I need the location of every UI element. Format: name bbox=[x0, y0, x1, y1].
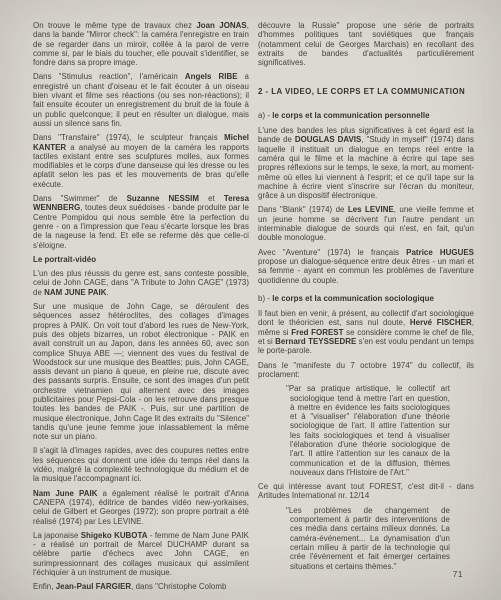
emphasized-text: Angels RIBE bbox=[185, 72, 238, 81]
document-page: On trouve le même type de travaux chez J… bbox=[0, 0, 501, 600]
paragraph-tribute-john-cage: L'un des plus réussis du genre est, sans… bbox=[33, 269, 249, 297]
text-segment: Dans "Transfaire" (1974), le sculpteur f… bbox=[33, 133, 224, 142]
text-segment: On trouve le même type de travaux chez bbox=[33, 21, 196, 30]
text-segment: . bbox=[106, 288, 108, 297]
subheading-b-communication-sociologique: b) - le corps et la communication sociol… bbox=[258, 294, 474, 303]
text-segment: La japonaise bbox=[33, 531, 81, 540]
left-column: On trouve le même type de travaux chez J… bbox=[33, 21, 249, 597]
emphasized-text: Le portrait-vidéo bbox=[33, 255, 96, 264]
emphasized-text: 2 - LA VIDEO, LE CORPS ET LA COMMUNICATI… bbox=[258, 87, 465, 96]
emphasized-text: Bernard TEYSSEDRE bbox=[275, 337, 356, 346]
emphasized-text: Les LEVINE bbox=[348, 205, 394, 214]
paragraph-michel-kanter: Dans "Transfaire" (1974), le sculpteur f… bbox=[33, 133, 249, 189]
text-segment: b) - bbox=[258, 294, 272, 303]
text-segment: découvre la Russie" propose une série de… bbox=[258, 21, 474, 67]
paragraph-paik-autres-portraits: Nam June PAIK a également réalisé le por… bbox=[33, 489, 249, 526]
quote-manifeste: "Par sa pratique artistique, le collecti… bbox=[286, 384, 450, 477]
emphasized-text: DOUGLAS DAVIS bbox=[295, 135, 361, 144]
paragraph-decouvre-la-russie: découvre la Russie" propose une série de… bbox=[258, 21, 474, 67]
text-segment: Dans "Stimulus reaction", l'américain bbox=[33, 72, 185, 81]
text-segment: Avec "Aventure" (1974) le français bbox=[258, 248, 406, 257]
text-segment: Il s'agit là d'images rapides, avec des … bbox=[33, 446, 249, 483]
text-segment: Sur une musique de John Cage, se déroule… bbox=[33, 302, 249, 441]
text-segment: "Les problèmes de changement de comporte… bbox=[286, 506, 450, 571]
emphasized-text: Fred FOREST bbox=[291, 328, 343, 337]
paragraph-joan-jonas: On trouve le même type de travaux chez J… bbox=[33, 21, 249, 67]
paragraph-shigeko-kubota: La japonaise Shigeko KUBOTA - femme de N… bbox=[33, 531, 249, 577]
paragraph-paik-sequences: Sur une musique de John Cage, se déroule… bbox=[33, 302, 249, 441]
text-segment: Enfin, bbox=[33, 582, 56, 591]
subheading-a-communication-personnelle: a) - le corps et la communication person… bbox=[258, 111, 474, 120]
paragraph-angels-ribe: Dans "Stimulus reaction", l'américain An… bbox=[33, 72, 249, 128]
emphasized-text: Joan JONAS bbox=[196, 21, 246, 30]
paragraph-forest-artitudes: Ce qui intéresse avant tout FOREST, c'es… bbox=[258, 482, 474, 501]
emphasized-text: Suzanne NESSIM bbox=[127, 194, 199, 203]
paragraph-swimmer-nessim-wennberg: Dans "Swimmer" de Suzanne NESSIM et Tere… bbox=[33, 194, 249, 250]
emphasized-text: Nam June PAIK bbox=[33, 489, 97, 498]
emphasized-text: le corps et la communication sociologiqu… bbox=[272, 294, 434, 303]
section-heading-video-corps-communication: 2 - LA VIDEO, LE CORPS ET LA COMMUNICATI… bbox=[258, 87, 474, 96]
emphasized-text: NAM JUNE PAIK bbox=[44, 288, 106, 297]
text-segment: Dans "Blank" (1974) de bbox=[258, 205, 348, 214]
page-number: 71 bbox=[453, 570, 463, 579]
text-segment: Dans "Swimmer" de bbox=[33, 194, 127, 203]
text-segment: a enregistré un chant d'oiseau et le fai… bbox=[33, 72, 249, 127]
paragraph-blank-les-levine: Dans "Blank" (1974) de Les LEVINE, une v… bbox=[258, 205, 474, 242]
emphasized-text: le corps et la communication personnelle bbox=[272, 111, 429, 120]
text-segment: Ce qui intéresse avant tout FOREST, c'es… bbox=[258, 482, 474, 500]
paragraph-jean-paul-fargier: Enfin, Jean-Paul FARGIER, dans "Christop… bbox=[33, 582, 249, 591]
emphasized-text: Jean-Paul FARGIER bbox=[56, 582, 131, 591]
paragraph-aventure-patrice-hugues: Avec "Aventure" (1974) le français Patri… bbox=[258, 248, 474, 285]
text-segment: et bbox=[199, 194, 224, 203]
paragraph-images-rapides: Il s'agit là d'images rapides, avec des … bbox=[33, 446, 249, 483]
text-segment: , "Study in myself" (1974) dans laquelle… bbox=[258, 135, 474, 200]
paragraph-art-sociologique: Il faut bien en venir, à présent, au col… bbox=[258, 309, 474, 355]
quote-forest: "Les problèmes de changement de comporte… bbox=[286, 506, 450, 571]
text-segment: a analysé au moyen de la caméra les rapp… bbox=[33, 143, 249, 189]
emphasized-text: Shigeko KUBOTA bbox=[81, 531, 148, 540]
right-column: découvre la Russie" propose une série de… bbox=[258, 21, 474, 576]
emphasized-text: Hervé FISCHER bbox=[410, 318, 472, 327]
text-segment: propose un dialogue-séquence entre deux … bbox=[258, 257, 474, 285]
paragraph-manifeste-intro: Dans le "manifeste du 7 octobre 1974" du… bbox=[258, 361, 474, 380]
text-segment: a) - bbox=[258, 111, 272, 120]
text-segment: "Par sa pratique artistique, le collecti… bbox=[286, 384, 450, 477]
emphasized-text: Patrice HUGUES bbox=[406, 248, 474, 257]
heading-le-portrait-video: Le portrait-vidéo bbox=[33, 255, 249, 264]
paragraph-douglas-davis: L'une des bandes les plus significatives… bbox=[258, 126, 474, 200]
text-segment: Dans le "manifeste du 7 octobre 1974" du… bbox=[258, 361, 474, 379]
text-segment: , dans "Christophe Colomb bbox=[131, 582, 226, 591]
